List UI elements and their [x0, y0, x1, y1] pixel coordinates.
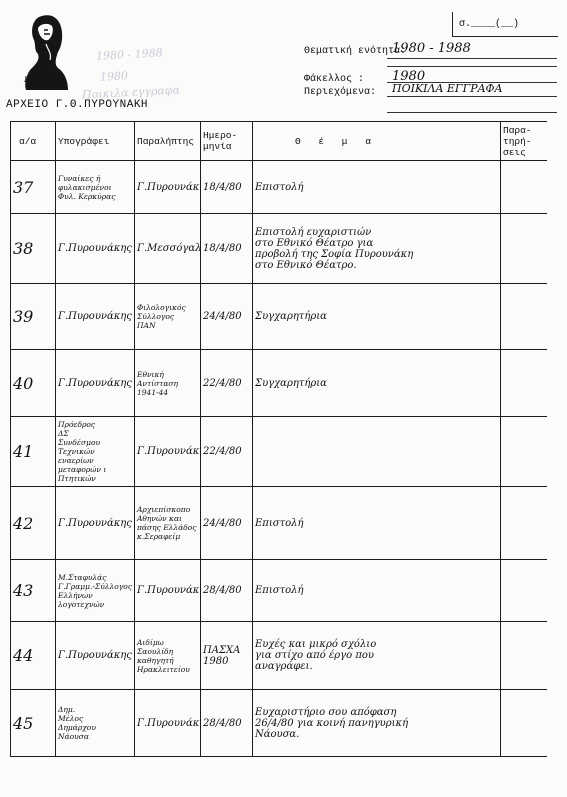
cell-signer-line: Δημ.	[58, 705, 132, 714]
cell-signer: Γυναίκες ήφυλακισμένοιΦυλ. Κερκύρας	[56, 161, 135, 214]
cell-recipient: ΑρχιεπίσκοποΑθηνών καιπάσης Ελλάδοςκ.Σερ…	[135, 487, 201, 560]
cell-notes	[501, 622, 547, 690]
cell-recipient-line: Γ.Πυρουνάκη	[137, 182, 198, 193]
cell-recipient-line: Ηρακλειτείου	[137, 665, 198, 674]
cell-num: 41	[11, 417, 56, 487]
cell-signer: Γ.Πυρουνάκης	[56, 350, 135, 417]
cell-signer-line: Δημάρχου	[58, 723, 132, 732]
bleed-through-text: 1980	[100, 69, 129, 83]
cell-num: 42	[11, 487, 56, 560]
cell-num: 43	[11, 560, 56, 622]
contents-line	[387, 96, 557, 97]
cell-subject-line: 26/4/80 για κοινή πανηγυρική	[255, 718, 498, 729]
cell-notes	[501, 284, 547, 350]
cell-subject: Συγχαρητήρια	[253, 284, 501, 350]
cell-recipient-line: Γ.Μεσσόγαλ	[137, 243, 198, 254]
cell-signer: Δημ.ΜέλοςΔημάρχουΝάουσα	[56, 690, 135, 757]
cell-subject-line: Νάουσα.	[255, 729, 498, 740]
cell-signer: Γ.Πυρουνάκης	[56, 487, 135, 560]
cell-recipient: Γ.Πυρουνάκη	[135, 161, 201, 214]
cell-subject-line: στο Εθνικό Θέατρο για	[255, 238, 498, 249]
cell-date: 18/4/80	[201, 214, 253, 284]
cell-date-line: 28/4/80	[203, 585, 250, 596]
table-row: 43Μ.ΣταφυλάςΓ.Γραμμ.-ΣύλλογοςΕλλήνων λογ…	[11, 560, 547, 622]
cell-signer-line: Συνδέσμου Τεχνικών	[58, 438, 132, 456]
cell-date-line: 18/4/80	[203, 243, 250, 254]
cell-signer-line: Γ.Γραμμ.-Σύλλογος	[58, 582, 132, 591]
cell-subject-line: Επιστολή ευχαριστιών	[255, 227, 498, 238]
cell-recipient: ΦιλολογικόςΣύλλογοςΠΑΝ	[135, 284, 201, 350]
cell-signer-line: μεταφορών ι Πτητικών	[58, 465, 132, 483]
cell-subject-line: Επιστολή	[255, 585, 498, 596]
table-row: 41ΠρόεδροςΔΣΣυνδέσμου Τεχνικώνεναερίωνμε…	[11, 417, 547, 487]
cell-recipient-line: Γ.Πυρουνάκη	[137, 585, 198, 596]
cell-date-line: 18/4/80	[203, 182, 250, 193]
column-header-notes: Παρα-τηρή-σεις	[501, 122, 547, 161]
cell-subject: Ευχές και μικρό σχόλιογια στίχο από έργο…	[253, 622, 501, 690]
cell-subject: Επιστολή	[253, 161, 501, 214]
column-header-recipient: Παραλήπτης	[135, 122, 201, 161]
contents-label: Περιεχόμενα:	[304, 87, 376, 98]
cell-subject: Επιστολή	[253, 487, 501, 560]
cell-date: 24/4/80	[201, 487, 253, 560]
cell-num: 44	[11, 622, 56, 690]
cell-num: 38	[11, 214, 56, 284]
cell-date-line: ΠΑΣΧΑ 1980	[203, 645, 250, 667]
table-row: 45Δημ.ΜέλοςΔημάρχουΝάουσαΓ.Πυρουνάκη28/4…	[11, 690, 547, 757]
cell-date: 18/4/80	[201, 161, 253, 214]
cell-recipient: Γ.Πυρουνάκη	[135, 690, 201, 757]
cell-subject: Επιστολή	[253, 560, 501, 622]
cell-subject-line: προβολή της Σοφία Πυρουνάκη	[255, 249, 498, 260]
cell-date: ΠΑΣΧΑ 1980	[201, 622, 253, 690]
cell-signer-line: εναερίων	[58, 456, 132, 465]
cell-recipient-line: ΠΑΝ	[137, 321, 198, 330]
thematic-unit-label: Θεματική ενότητα:	[304, 46, 406, 57]
cell-notes	[501, 560, 547, 622]
cell-recipient-line: Σύλλογος	[137, 312, 198, 321]
cell-recipient-line: πάσης Ελλάδος	[137, 523, 198, 532]
thematic-unit-value: 1980 - 1988	[392, 41, 471, 56]
cell-date-line: 24/4/80	[203, 311, 250, 322]
cell-date: 28/4/80	[201, 690, 253, 757]
cell-recipient-line: Αιδίμω	[137, 638, 198, 647]
cell-signer-line: Μ.Σταφυλάς	[58, 573, 132, 582]
cell-subject-line: αναγράφει.	[255, 661, 498, 672]
cell-signer-line: Μέλος	[58, 714, 132, 723]
cell-signer-line: Γ.Πυρουνάκης	[58, 243, 132, 254]
cell-date: 24/4/80	[201, 284, 253, 350]
portrait-logo-icon: Γ.Θ.Π.	[22, 10, 72, 92]
cell-subject-line: Συγχαρητήρια	[255, 311, 498, 322]
cell-date: 22/4/80	[201, 417, 253, 487]
cell-recipient-line: Αντίσταση	[137, 379, 198, 388]
cell-signer-line: Φυλ. Κερκύρας	[58, 192, 132, 201]
cell-num: 40	[11, 350, 56, 417]
cell-signer-line: Γ.Πυρουνάκης	[58, 378, 132, 389]
cell-notes	[501, 350, 547, 417]
cell-date: 22/4/80	[201, 350, 253, 417]
table-row: 44Γ.ΠυρουνάκηςΑιδίμωΣαουλίδηκαθηγητήΗρακ…	[11, 622, 547, 690]
cell-notes	[501, 690, 547, 757]
cell-signer: Γ.Πυρουνάκης	[56, 214, 135, 284]
cell-signer: ΠρόεδροςΔΣΣυνδέσμου Τεχνικώνεναερίωνμετα…	[56, 417, 135, 487]
cell-signer-line: Πρόεδρος	[58, 420, 132, 429]
cell-recipient-line: κ.Σεραφείμ	[137, 532, 198, 541]
folder-label: Φάκελλος :	[304, 74, 364, 85]
cell-num: 45	[11, 690, 56, 757]
cell-notes	[501, 161, 547, 214]
blank-line	[387, 112, 557, 113]
cell-signer-line: φυλακισμένοι	[58, 183, 132, 192]
cell-recipient-line: 1941-44	[137, 388, 198, 397]
cell-recipient: ΕθνικήΑντίσταση1941-44	[135, 350, 201, 417]
column-header-number: α/α	[11, 122, 56, 161]
cell-subject: Ευχαριστήριο σου απόφαση26/4/80 για κοιν…	[253, 690, 501, 757]
cell-signer-line: Ελλήνων λογοτεχνών	[58, 591, 132, 609]
cell-num: 39	[11, 284, 56, 350]
table-row: 39Γ.ΠυρουνάκηςΦιλολογικόςΣύλλογοςΠΑΝ24/4…	[11, 284, 547, 350]
column-header-subject: Θ έ μ α	[253, 122, 501, 161]
column-header-date: Ημερο-μηνία	[201, 122, 253, 161]
cell-signer-line: ΔΣ	[58, 429, 132, 438]
cell-recipient: Γ.Πυρουνάκη	[135, 560, 201, 622]
cell-subject	[253, 417, 501, 487]
cell-subject-line: Συγχαρητήρια	[255, 378, 498, 389]
cell-subject-line: Ευχαριστήριο σου απόφαση	[255, 707, 498, 718]
cell-signer: Μ.ΣταφυλάςΓ.Γραμμ.-ΣύλλογοςΕλλήνων λογοτ…	[56, 560, 135, 622]
table-row: 40Γ.ΠυρουνάκηςΕθνικήΑντίσταση1941-4422/4…	[11, 350, 547, 417]
cell-notes	[501, 214, 547, 284]
cell-recipient: ΑιδίμωΣαουλίδηκαθηγητήΗρακλειτείου	[135, 622, 201, 690]
cell-subject: Επιστολή ευχαριστιώνστο Εθνικό Θέατρο γι…	[253, 214, 501, 284]
cell-subject: Συγχαρητήρια	[253, 350, 501, 417]
table-header-row: α/α Υπογράφει Παραλήπτης Ημερο-μηνία Θ έ…	[11, 122, 547, 161]
reference-number: σ.____(__)	[459, 19, 519, 30]
blank-line	[387, 66, 557, 67]
cell-signer-line: Γ.Πυρουνάκης	[58, 650, 132, 661]
cell-date-line: 28/4/80	[203, 718, 250, 729]
cell-recipient-line: Γ.Πυρουνάκη	[137, 718, 198, 729]
cell-recipient-line: Σαουλίδη	[137, 647, 198, 656]
table-row: 38Γ.ΠυρουνάκηςΓ.Μεσσόγαλ18/4/80Επιστολή …	[11, 214, 547, 284]
cell-recipient: Γ.Μεσσόγαλ	[135, 214, 201, 284]
cell-date: 28/4/80	[201, 560, 253, 622]
table-row: 42Γ.ΠυρουνάκηςΑρχιεπίσκοποΑθηνών καιπάση…	[11, 487, 547, 560]
cell-signer: Γ.Πυρουνάκης	[56, 622, 135, 690]
reference-box: σ.____(__)	[452, 12, 558, 37]
cell-subject-line: Επιστολή	[255, 518, 498, 529]
cell-num: 37	[11, 161, 56, 214]
bleed-through-text: 1980 - 1988	[96, 46, 163, 62]
thematic-unit-line	[387, 58, 557, 59]
cell-recipient-line: Φιλολογικός	[137, 303, 198, 312]
cell-recipient: Γ.Πυρουνάκη	[135, 417, 201, 487]
cell-subject-line: για στίχο από έργο που	[255, 650, 498, 661]
cell-subject-line: στο Εθνικό Θέατρο.	[255, 260, 498, 271]
cell-signer: Γ.Πυρουνάκης	[56, 284, 135, 350]
cell-signer-line: Νάουσα	[58, 732, 132, 741]
contents-value: ΠΟΙΚΙΛΑ ΕΓΓΡΑΦΑ	[392, 82, 503, 95]
correspondence-register-table: α/α Υπογράφει Παραλήπτης Ημερο-μηνία Θ έ…	[10, 121, 547, 757]
cell-notes	[501, 487, 547, 560]
cell-date-line: 22/4/80	[203, 378, 250, 389]
cell-recipient-line: Αρχιεπίσκοπο	[137, 505, 198, 514]
cell-recipient-line: καθηγητή	[137, 656, 198, 665]
cell-signer-line: Γυναίκες ή	[58, 174, 132, 183]
cell-signer-line: Γ.Πυρουνάκης	[58, 311, 132, 322]
column-header-signer: Υπογράφει	[56, 122, 135, 161]
cell-recipient-line: Εθνική	[137, 370, 198, 379]
cell-subject-line: Ευχές και μικρό σχόλιο	[255, 639, 498, 650]
archive-label: ΑΡΧΕΙΟ Γ.Θ.ΠΥΡΟΥΝΑΚΗ	[6, 99, 148, 111]
cell-notes	[501, 417, 547, 487]
table-row: 37Γυναίκες ήφυλακισμένοιΦυλ. ΚερκύραςΓ.Π…	[11, 161, 547, 214]
cell-signer-line: Γ.Πυρουνάκης	[58, 518, 132, 529]
cell-recipient-line: Γ.Πυρουνάκη	[137, 446, 198, 457]
cell-date-line: 24/4/80	[203, 518, 250, 529]
cell-subject-line: Επιστολή	[255, 182, 498, 193]
cell-recipient-line: Αθηνών και	[137, 514, 198, 523]
svg-text:Γ.Θ.Π.: Γ.Θ.Π.	[23, 76, 47, 84]
cell-date-line: 22/4/80	[203, 446, 250, 457]
